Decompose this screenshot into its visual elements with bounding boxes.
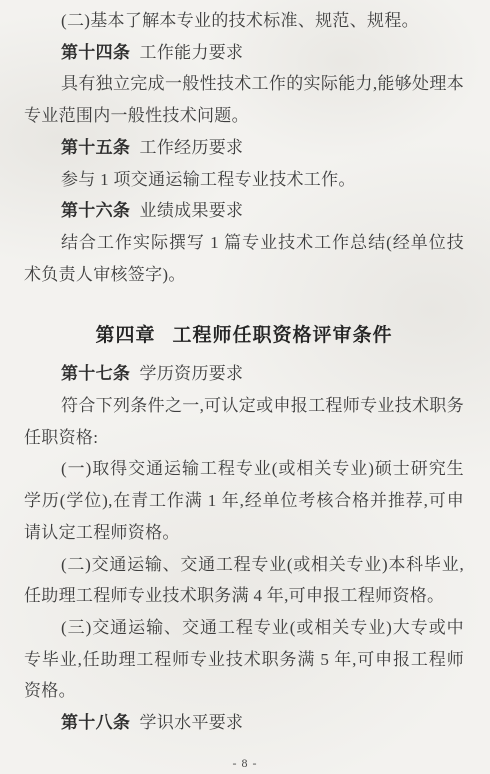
article-16-title: 业绩成果要求 xyxy=(140,201,244,220)
paragraph-qualification-intro: 符合下列条件之一,可认定或申报工程师专业技术职务任职资格: xyxy=(24,390,464,453)
article-17-heading: 第十七条学历资历要求 xyxy=(24,358,464,390)
paragraph-condition-2: (二)交通运输、交通工程专业(或相关专业)本科毕业,任助理工程师专业技术职务满 … xyxy=(24,549,464,612)
article-16-number: 第十六条 xyxy=(61,201,130,220)
chapter-4-heading: 第四章工程师任职资格评审条件 xyxy=(24,319,464,353)
paragraph-condition-3: (三)交通运输、交通工程专业(或相关专业)大专或中专毕业,任助理工程师专业技术职… xyxy=(24,612,464,707)
article-15-number: 第十五条 xyxy=(61,138,130,157)
article-18-title: 学识水平要求 xyxy=(140,713,244,732)
chapter-4-title: 工程师任职资格评审条件 xyxy=(173,325,393,346)
article-14-title: 工作能力要求 xyxy=(140,43,244,62)
article-18-number: 第十八条 xyxy=(61,713,130,732)
article-16-heading: 第十六条业绩成果要求 xyxy=(24,195,464,227)
article-17-title: 学历资历要求 xyxy=(140,364,244,383)
paragraph-condition-1: (一)取得交通运输工程专业(或相关专业)硕士研究生学历(学位),在青工作满 1 … xyxy=(24,453,464,548)
article-14-number: 第十四条 xyxy=(61,43,130,62)
page-number: - 8 - xyxy=(0,755,490,771)
paragraph-work-experience: 参与 1 项交通运输工程专业技术工作。 xyxy=(24,164,464,196)
document-body: (二)基本了解本专业的技术标准、规范、规程。 第十四条工作能力要求 具有独立完成… xyxy=(24,5,464,739)
article-17-number: 第十七条 xyxy=(61,364,130,383)
paragraph-clause-2: (二)基本了解本专业的技术标准、规范、规程。 xyxy=(24,5,464,37)
article-15-heading: 第十五条工作经历要求 xyxy=(24,132,464,164)
paragraph-work-ability: 具有独立完成一般性技术工作的实际能力,能够处理本专业范围内一般性技术问题。 xyxy=(24,68,464,131)
scanned-document-page: (二)基本了解本专业的技术标准、规范、规程。 第十四条工作能力要求 具有独立完成… xyxy=(0,0,490,774)
article-15-title: 工作经历要求 xyxy=(140,138,244,157)
article-14-heading: 第十四条工作能力要求 xyxy=(24,37,464,69)
paragraph-achievements: 结合工作实际撰写 1 篇专业技术工作总结(经单位技术负责人审核签字)。 xyxy=(24,227,464,290)
chapter-4-number: 第四章 xyxy=(95,325,155,346)
article-18-heading: 第十八条学识水平要求 xyxy=(24,707,464,739)
